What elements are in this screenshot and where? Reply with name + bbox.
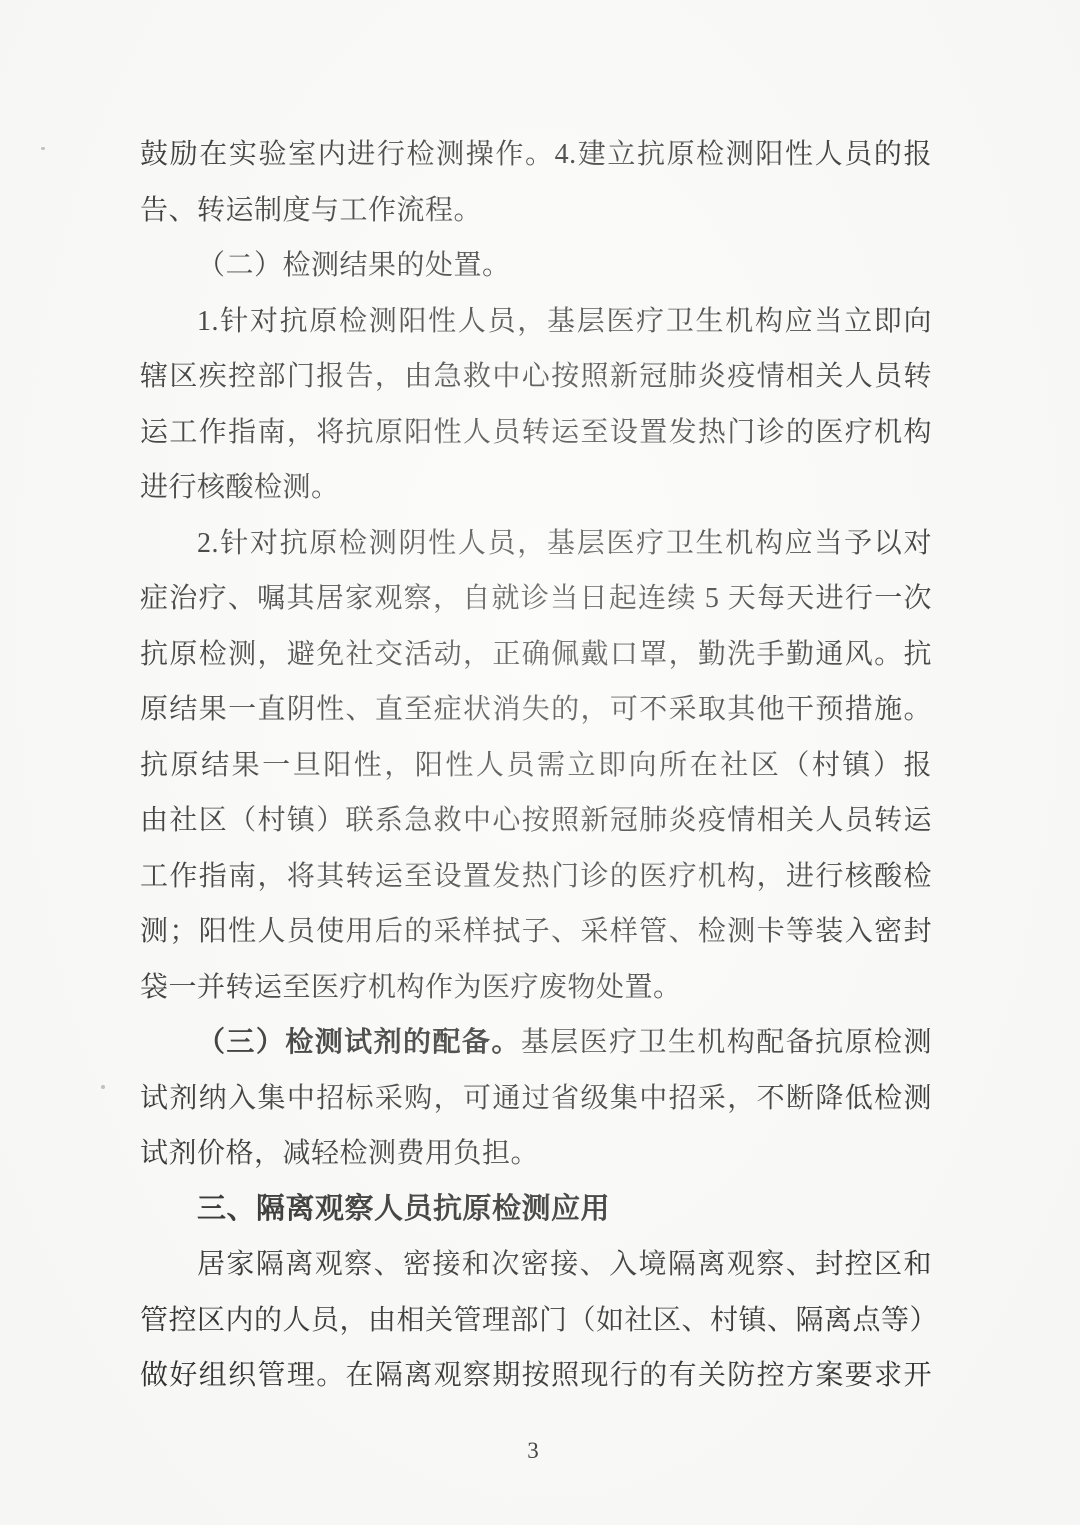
text-line: （二）检测结果的处置。 <box>140 238 932 294</box>
text-line: 试剂价格，减轻检测费用负担。 <box>140 1126 932 1182</box>
scan-speck <box>101 1085 105 1089</box>
document-page: 鼓励在实验室内进行检测操作。4.建立抗原检测阳性人员的报告、转运制度与工作流程。… <box>0 0 1080 1525</box>
text-segment: 抗原检测，避免社交活动，正确佩戴口罩，勤洗手勤通风。抗 <box>140 639 932 670</box>
text-line: （三）检测试剂的配备。基层医疗卫生机构配备抗原检测 <box>140 1015 932 1071</box>
text-segment: 原结果一直阴性、直至症状消失的，可不采取其他干预措施。 <box>140 694 932 725</box>
text-segment: 鼓励在实验室内进行检测操作。4.建立抗原检测阳性人员的报 <box>140 139 932 170</box>
text-segment: 工作指南，将其转运至设置发热门诊的医疗机构，进行核酸检 <box>140 861 932 892</box>
text-segment: 症治疗、嘱其居家观察，自就诊当日起连续 5 天每天进行一次 <box>140 583 932 614</box>
text-line: 抗原结果一旦阳性，阳性人员需立即向所在社区（村镇）报告， <box>140 738 932 794</box>
text-segment: 1.针对抗原检测阳性人员，基层医疗卫生机构应当立即向 <box>197 306 932 337</box>
document-body: 鼓励在实验室内进行检测操作。4.建立抗原检测阳性人员的报告、转运制度与工作流程。… <box>140 127 932 1404</box>
text-segment: 由社区（村镇）联系急救中心按照新冠肺炎疫情相关人员转运 <box>140 805 932 836</box>
text-line: 辖区疾控部门报告，由急救中心按照新冠肺炎疫情相关人员转 <box>140 349 932 405</box>
text-segment: 进行核酸检测。 <box>140 472 340 503</box>
text-line: 抗原检测，避免社交活动，正确佩戴口罩，勤洗手勤通风。抗 <box>140 627 932 683</box>
text-segment: 抗原结果一旦阳性，阳性人员需立即向所在社区（村镇）报告， <box>140 750 932 794</box>
text-line: 运工作指南，将抗原阳性人员转运至设置发热门诊的医疗机构 <box>140 405 932 461</box>
text-line: 测；阳性人员使用后的采样拭子、采样管、检测卡等装入密封 <box>140 904 932 960</box>
text-segment: 辖区疾控部门报告，由急救中心按照新冠肺炎疫情相关人员转 <box>140 361 932 392</box>
text-line: 居家隔离观察、密接和次密接、入境隔离观察、封控区和 <box>140 1237 932 1293</box>
text-segment: 运工作指南，将抗原阳性人员转运至设置发热门诊的医疗机构 <box>140 417 932 448</box>
text-line: 试剂纳入集中招标采购，可通过省级集中招采，不断降低检测 <box>140 1071 932 1127</box>
page-number: 3 <box>0 1438 1066 1464</box>
text-segment: 基层医疗卫生机构配备抗原检测 <box>521 1027 932 1058</box>
text-line: 进行核酸检测。 <box>140 460 932 516</box>
section-heading: 三、隔离观察人员抗原检测应用 <box>140 1182 932 1238</box>
text-line: 鼓励在实验室内进行检测操作。4.建立抗原检测阳性人员的报 <box>140 127 932 183</box>
text-segment: 2.针对抗原检测阴性人员，基层医疗卫生机构应当予以对 <box>197 528 932 559</box>
text-segment: 管控区内的人员，由相关管理部门（如社区、村镇、隔离点等） <box>140 1305 932 1336</box>
text-line: 管控区内的人员，由相关管理部门（如社区、村镇、隔离点等） <box>140 1293 932 1349</box>
scan-speck <box>41 147 45 150</box>
text-line: 症治疗、嘱其居家观察，自就诊当日起连续 5 天每天进行一次 <box>140 571 932 627</box>
text-segment: （二）检测结果的处置。 <box>197 250 511 281</box>
bold-text-segment: （三）检测试剂的配备。 <box>197 1027 521 1058</box>
bold-text-segment: 三、隔离观察人员抗原检测应用 <box>197 1193 610 1225</box>
text-segment: 试剂价格，减轻检测费用负担。 <box>140 1138 539 1169</box>
text-line: 告、转运制度与工作流程。 <box>140 183 932 239</box>
text-segment: 做好组织管理。在隔离观察期按照现行的有关防控方案要求开 <box>140 1360 932 1391</box>
text-segment: 测；阳性人员使用后的采样拭子、采样管、检测卡等装入密封 <box>140 916 932 947</box>
text-segment: 袋一并转运至医疗机构作为医疗废物处置。 <box>140 972 682 1003</box>
text-segment: 告、转运制度与工作流程。 <box>140 195 482 226</box>
text-segment: 试剂纳入集中招标采购，可通过省级集中招采，不断降低检测 <box>140 1083 932 1114</box>
text-line: 工作指南，将其转运至设置发热门诊的医疗机构，进行核酸检 <box>140 849 932 905</box>
text-line: 2.针对抗原检测阴性人员，基层医疗卫生机构应当予以对 <box>140 516 932 572</box>
text-line: 1.针对抗原检测阳性人员，基层医疗卫生机构应当立即向 <box>140 294 932 350</box>
text-line: 由社区（村镇）联系急救中心按照新冠肺炎疫情相关人员转运 <box>140 793 932 849</box>
text-segment: 居家隔离观察、密接和次密接、入境隔离观察、封控区和 <box>197 1249 932 1280</box>
text-line: 袋一并转运至医疗机构作为医疗废物处置。 <box>140 960 932 1016</box>
text-line: 做好组织管理。在隔离观察期按照现行的有关防控方案要求开 <box>140 1348 932 1404</box>
text-line: 原结果一直阴性、直至症状消失的，可不采取其他干预措施。 <box>140 682 932 738</box>
